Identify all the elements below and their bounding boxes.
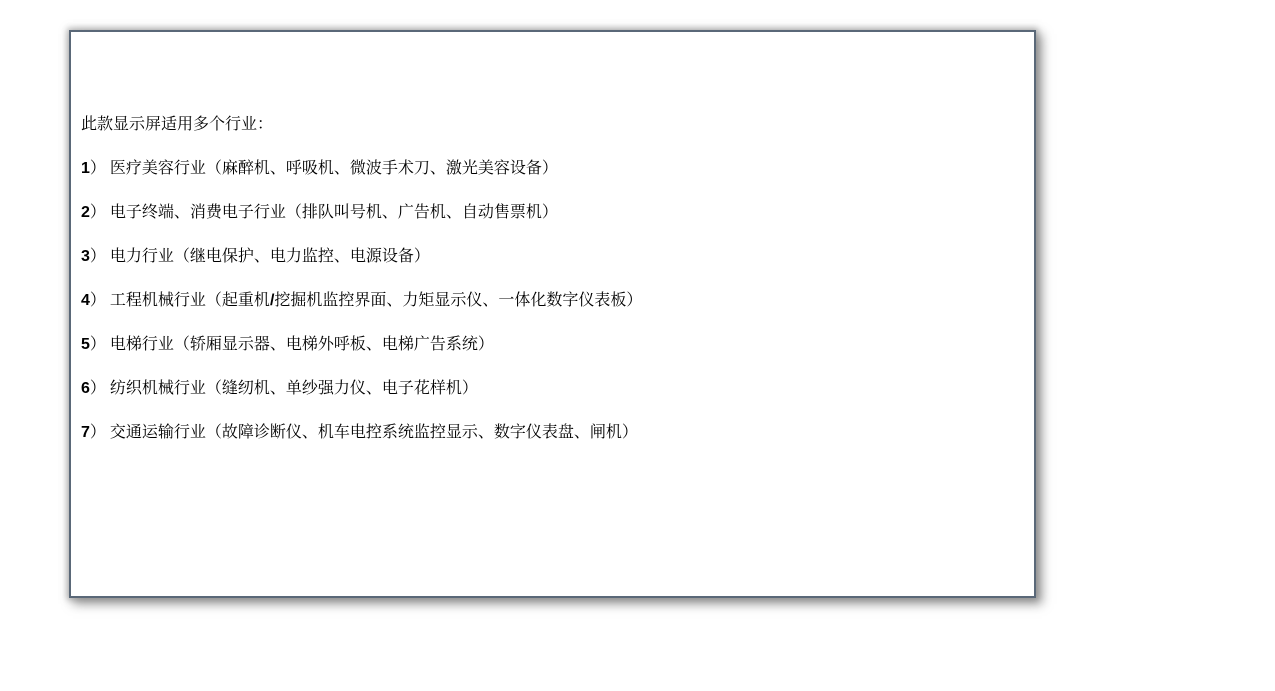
item-text: 电子终端、消费电子行业（排队叫号机、广告机、自动售票机） xyxy=(110,204,558,221)
item-text: 纺织机械行业（缝纫机、单纱强力仪、电子花样机） xyxy=(110,380,478,397)
list-item: 3）电力行业（继电保护、电力监控、电源设备） xyxy=(81,235,1016,279)
item-text: 医疗美容行业（麻醉机、呼吸机、微波手术刀、激光美容设备） xyxy=(110,160,558,177)
page: 此款显示屏适用多个行业： 1）医疗美容行业（麻醉机、呼吸机、微波手术刀、激光美容… xyxy=(0,0,1275,691)
item-bracket: ） xyxy=(90,248,106,265)
list-item: 4）工程机械行业（起重机/挖掘机监控界面、力矩显示仪、一体化数字仪表板） xyxy=(81,279,1016,323)
item-number: 2 xyxy=(81,204,90,221)
industry-list: 1）医疗美容行业（麻醉机、呼吸机、微波手术刀、激光美容设备）2）电子终端、消费电… xyxy=(81,147,1016,455)
item-text: 电力行业（继电保护、电力监控、电源设备） xyxy=(110,248,430,265)
item-bracket: ） xyxy=(90,336,106,353)
list-item: 5）电梯行业（轿厢显示器、电梯外呼板、电梯广告系统） xyxy=(81,323,1016,367)
item-bracket: ） xyxy=(90,380,106,397)
list-item: 7）交通运输行业（故障诊断仪、机车电控系统监控显示、数字仪表盘、闸机） xyxy=(81,411,1016,455)
item-number: 3 xyxy=(81,248,90,265)
item-number: 4 xyxy=(81,292,90,309)
list-item: 6）纺织机械行业（缝纫机、单纱强力仪、电子花样机） xyxy=(81,367,1016,411)
item-text: 电梯行业（轿厢显示器、电梯外呼板、电梯广告系统） xyxy=(110,336,494,353)
item-number: 7 xyxy=(81,424,90,441)
intro-line: 此款显示屏适用多个行业： xyxy=(81,103,1016,147)
list-item: 1）医疗美容行业（麻醉机、呼吸机、微波手术刀、激光美容设备） xyxy=(81,147,1016,191)
item-bracket: ） xyxy=(90,292,106,309)
item-number: 6 xyxy=(81,380,90,397)
item-bracket: ） xyxy=(90,424,106,441)
document-content: 此款显示屏适用多个行业： 1）医疗美容行业（麻醉机、呼吸机、微波手术刀、激光美容… xyxy=(71,32,1034,455)
item-text: 工程机械行业（起重机/挖掘机监控界面、力矩显示仪、一体化数字仪表板） xyxy=(110,292,642,309)
document-panel: 此款显示屏适用多个行业： 1）医疗美容行业（麻醉机、呼吸机、微波手术刀、激光美容… xyxy=(69,30,1036,598)
list-item: 2）电子终端、消费电子行业（排队叫号机、广告机、自动售票机） xyxy=(81,191,1016,235)
item-bracket: ） xyxy=(90,160,106,177)
item-text: 交通运输行业（故障诊断仪、机车电控系统监控显示、数字仪表盘、闸机） xyxy=(110,424,638,441)
item-number: 1 xyxy=(81,160,90,177)
item-bracket: ） xyxy=(90,204,106,221)
item-number: 5 xyxy=(81,336,90,353)
